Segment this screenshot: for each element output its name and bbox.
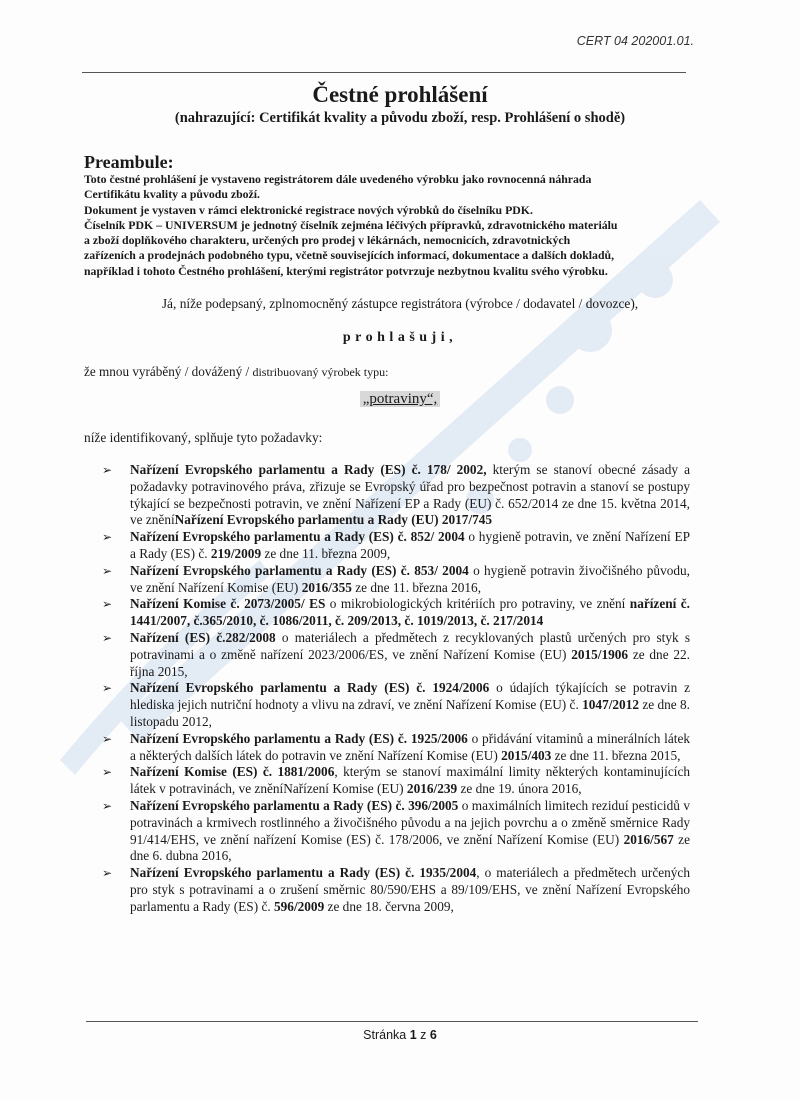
regulation-title: Nařízení Evropského parlamentu a Rady (E…: [130, 798, 458, 813]
requirement-item: ➢Nařízení Evropského parlamentu a Rady (…: [100, 798, 690, 865]
regulation-amendment: 2015/403: [501, 748, 551, 763]
product-type-value: „potraviny“,: [360, 391, 441, 407]
regulation-date: ze dne 11. března 2009,: [261, 546, 390, 561]
page-number: Stránka 1 z 6: [0, 1028, 800, 1042]
regulation-amendment: 2016/239: [407, 781, 457, 796]
preamble-body: Toto čestné prohlášení je vystaveno regi…: [84, 172, 724, 279]
declare-word: prohlašuji,: [0, 330, 800, 346]
requirement-item: ➢Nařízení (ES) č.282/2008 o materiálech …: [100, 630, 690, 680]
page-separator: z: [417, 1028, 430, 1042]
arrow-bullet-icon: ➢: [102, 680, 112, 697]
preamble-line: a zboží doplňkového charakteru, určených…: [84, 233, 724, 248]
product-type: „potraviny“,: [0, 391, 800, 408]
document-code: CERT 04 202001.01.: [577, 34, 694, 48]
regulation-amendment: 2016/355: [302, 580, 352, 595]
arrow-bullet-icon: ➢: [102, 563, 112, 580]
requirement-item: ➢Nařízení Evropského parlamentu a Rady (…: [100, 731, 690, 765]
page-total: 6: [430, 1028, 437, 1042]
requirements-list: ➢Nařízení Evropského parlamentu a Rady (…: [100, 462, 690, 916]
regulation-title: Nařízení Evropského parlamentu a Rady (E…: [130, 680, 489, 695]
regulation-date: ze dne 11. března 2015,: [551, 748, 680, 763]
regulation-title: Nařízení Evropského parlamentu a Rady (E…: [130, 563, 469, 578]
regulation-title: Nařízení Komise (ES) č. 1881/2006: [130, 764, 334, 779]
preamble-line: Toto čestné prohlášení je vystaveno regi…: [84, 172, 724, 187]
regulation-text: o mikrobiologických kritériích pro potra…: [325, 596, 629, 611]
requirement-item: ➢Nařízení Evropského parlamentu a Rady (…: [100, 865, 690, 915]
requirement-item: ➢Nařízení Evropského parlamentu a Rady (…: [100, 680, 690, 730]
regulation-amendment: 2015/1906: [571, 647, 628, 662]
regulation-amendment: 2016/567: [624, 832, 674, 847]
arrow-bullet-icon: ➢: [102, 865, 112, 882]
regulation-date: ze dne 18. června 2009,: [324, 899, 454, 914]
requirement-item: ➢Nařízení Evropského parlamentu a Rady (…: [100, 529, 690, 563]
preamble-line: Číselník PDK – UNIVERSUM je jednotný čís…: [84, 218, 724, 233]
regulation-amendment: 219/2009: [211, 546, 261, 561]
preamble-line: Dokument je vystaven v rámci elektronick…: [84, 203, 724, 218]
page-current: 1: [410, 1028, 417, 1042]
document-title: Čestné prohlášení: [0, 82, 800, 108]
requirement-item: ➢Nařízení Evropského parlamentu a Rady (…: [100, 563, 690, 597]
requirement-item: ➢Nařízení Komise (ES) č. 1881/2006, kter…: [100, 764, 690, 798]
product-intro-small: distribuovaný výrobek typu:: [252, 365, 388, 379]
regulation-title: Nařízení Evropského parlamentu a Rady (E…: [130, 731, 468, 746]
regulation-date: ze dne 11. března 2016,: [352, 580, 481, 595]
preamble-heading: Preambule:: [84, 152, 174, 173]
arrow-bullet-icon: ➢: [102, 462, 112, 479]
document-subtitle: (nahrazující: Certifikát kvality a původ…: [0, 110, 800, 127]
requirements-intro: níže identifikovaný, splňuje tyto požada…: [84, 430, 322, 446]
product-intro: že mnou vyráběný / dovážený / distribuov…: [84, 364, 388, 380]
regulation-date: ze dne 19. února 2016,: [457, 781, 581, 796]
page-label: Stránka: [363, 1028, 410, 1042]
preamble-line: například i tohoto Čestného prohlášení, …: [84, 264, 724, 279]
regulation-title: Nařízení Evropského parlamentu a Rady (E…: [130, 462, 487, 477]
regulation-title: Nařízení (ES) č.282/2008: [130, 630, 276, 645]
arrow-bullet-icon: ➢: [102, 529, 112, 546]
header-divider: [82, 72, 686, 73]
regulation-amendment: 596/2009: [274, 899, 324, 914]
regulation-amendment: Nařízení Evropského parlamentu a Rady (E…: [175, 512, 492, 527]
regulation-title: Nařízení Komise č. 2073/2005/ ES: [130, 596, 325, 611]
arrow-bullet-icon: ➢: [102, 731, 112, 748]
preamble-line: Certifikátu kvality a původu zboží.: [84, 187, 724, 202]
arrow-bullet-icon: ➢: [102, 764, 112, 781]
requirement-item: ➢Nařízení Evropského parlamentu a Rady (…: [100, 462, 690, 529]
requirement-item: ➢Nařízení Komise č. 2073/2005/ ES o mikr…: [100, 596, 690, 630]
footer-divider: [86, 1021, 698, 1022]
preamble-line: zařízeních a prodejnách podobného typu, …: [84, 248, 724, 263]
arrow-bullet-icon: ➢: [102, 630, 112, 647]
regulation-title: Nařízení Evropského parlamentu a Rady (E…: [130, 529, 465, 544]
arrow-bullet-icon: ➢: [102, 798, 112, 815]
signatory-statement: Já, níže podepsaný, zplnomocněný zástupc…: [0, 296, 800, 312]
product-intro-main: že mnou vyráběný / dovážený /: [84, 364, 252, 379]
regulation-amendment: 1047/2012: [582, 697, 639, 712]
arrow-bullet-icon: ➢: [102, 596, 112, 613]
regulation-title: Nařízení Evropského parlamentu a Rady (E…: [130, 865, 476, 880]
